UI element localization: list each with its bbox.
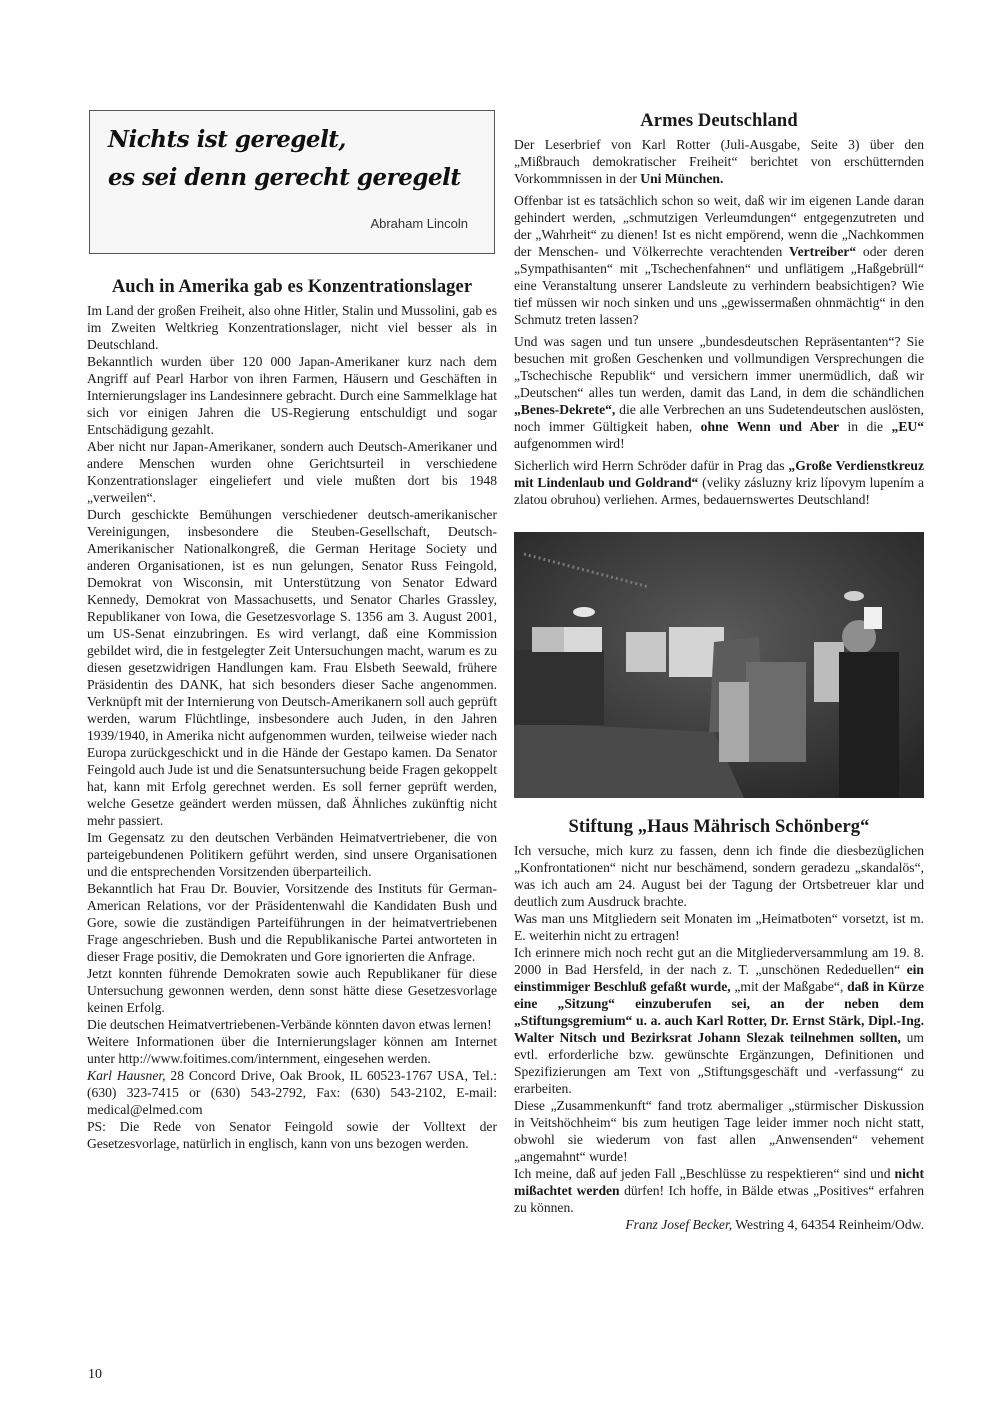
paragraph: Der Leserbrief von Karl Rotter (Juli-Aus… — [514, 136, 924, 187]
paragraph: Weitere Informationen über die Internier… — [87, 1033, 497, 1067]
paragraph: Ich meine, daß auf jeden Fall „Beschlüss… — [514, 1165, 924, 1216]
author-name: Karl Hausner, — [87, 1068, 166, 1083]
paragraph: Im Gegensatz zu den deutschen Verbänden … — [87, 829, 497, 880]
text: Sicherlich wird Herrn Schröder dafür in … — [514, 458, 788, 473]
text: Ich erinnere mich noch recht gut an die … — [514, 945, 924, 977]
article-body-konzentrationslager: Im Land der großen Freiheit, also ohne H… — [87, 302, 497, 1152]
bold-text: „Benes-Dekrete“, — [514, 402, 615, 417]
paragraph: Im Land der großen Freiheit, also ohne H… — [87, 302, 497, 353]
signature-name: Franz Josef Becker, — [625, 1217, 732, 1232]
quote-line-1: Nichts ist geregelt, — [108, 131, 346, 148]
signature-address: Westring 4, 64354 Reinheim/Odw. — [732, 1217, 924, 1232]
paragraph: Was man uns Mitgliedern seit Monaten im … — [514, 910, 924, 944]
article-title-armes-deutschland: Armes Deutschland — [514, 110, 924, 132]
quote-line-2: es sei denn gerecht geregelt — [108, 169, 460, 186]
paragraph: Offenbar ist es tatsächlich schon so wei… — [514, 192, 924, 328]
paragraph: Sicherlich wird Herrn Schröder dafür in … — [514, 457, 924, 508]
article-title-stiftung: Stiftung „Haus Mährisch Schönberg“ — [514, 816, 924, 838]
text: aufgenommen wird! — [514, 436, 625, 451]
paragraph: Und was sagen und tun unsere „bundesdeut… — [514, 333, 924, 452]
text: Und was sagen und tun unsere „bundesdeut… — [514, 334, 924, 400]
news-photo — [514, 532, 924, 798]
paragraph: Die deutschen Heimatvertriebenen-Verbänd… — [87, 1016, 497, 1033]
article-title-konzentrationslager: Auch in Amerika gab es Konzentrationslag… — [87, 276, 497, 298]
paragraph: Bekanntlich wurden über 120 000 Japan-Am… — [87, 353, 497, 438]
page-number: 10 — [88, 1367, 102, 1383]
paragraph: Aber nicht nur Japan-Amerikaner, sondern… — [87, 438, 497, 506]
left-column: Nichts ist geregelt, es sei denn gerecht… — [87, 110, 497, 1152]
author-block: Karl Hausner, 28 Concord Drive, Oak Broo… — [87, 1067, 497, 1118]
bold-text: „EU“ — [892, 419, 924, 434]
paragraph: Durch geschickte Bemühungen verschiedene… — [87, 506, 497, 829]
paragraph: Bekanntlich hat Frau Dr. Bouvier, Vorsit… — [87, 880, 497, 965]
bold-text: Uni München. — [640, 171, 723, 186]
text: Ich meine, daß auf jeden Fall „Beschlüss… — [514, 1166, 895, 1181]
quote-box: Nichts ist geregelt, es sei denn gerecht… — [89, 110, 495, 254]
paragraph: Ich erinnere mich noch recht gut an die … — [514, 944, 924, 1097]
paragraph: Jetzt konnten führende Demokraten sowie … — [87, 965, 497, 1016]
right-column: Armes Deutschland Der Leserbrief von Kar… — [514, 110, 924, 1233]
quote-author: Abraham Lincoln — [370, 215, 468, 232]
paragraph: Diese „Zusammenkunft“ fand trotz abermal… — [514, 1097, 924, 1165]
photo-police-crowd-image — [514, 532, 924, 798]
bold-text: ohne Wenn und Aber — [701, 419, 839, 434]
text: in die — [839, 419, 891, 434]
signature: Franz Josef Becker, Westring 4, 64354 Re… — [514, 1216, 924, 1233]
paragraph: Ich versuche, mich kurz zu fassen, denn … — [514, 842, 924, 910]
text: „mit der Maßgabe“, — [731, 979, 847, 994]
bold-text: Vertreiber“ — [789, 244, 856, 259]
postscript: PS: Die Rede von Senator Feingold sowie … — [87, 1118, 497, 1152]
